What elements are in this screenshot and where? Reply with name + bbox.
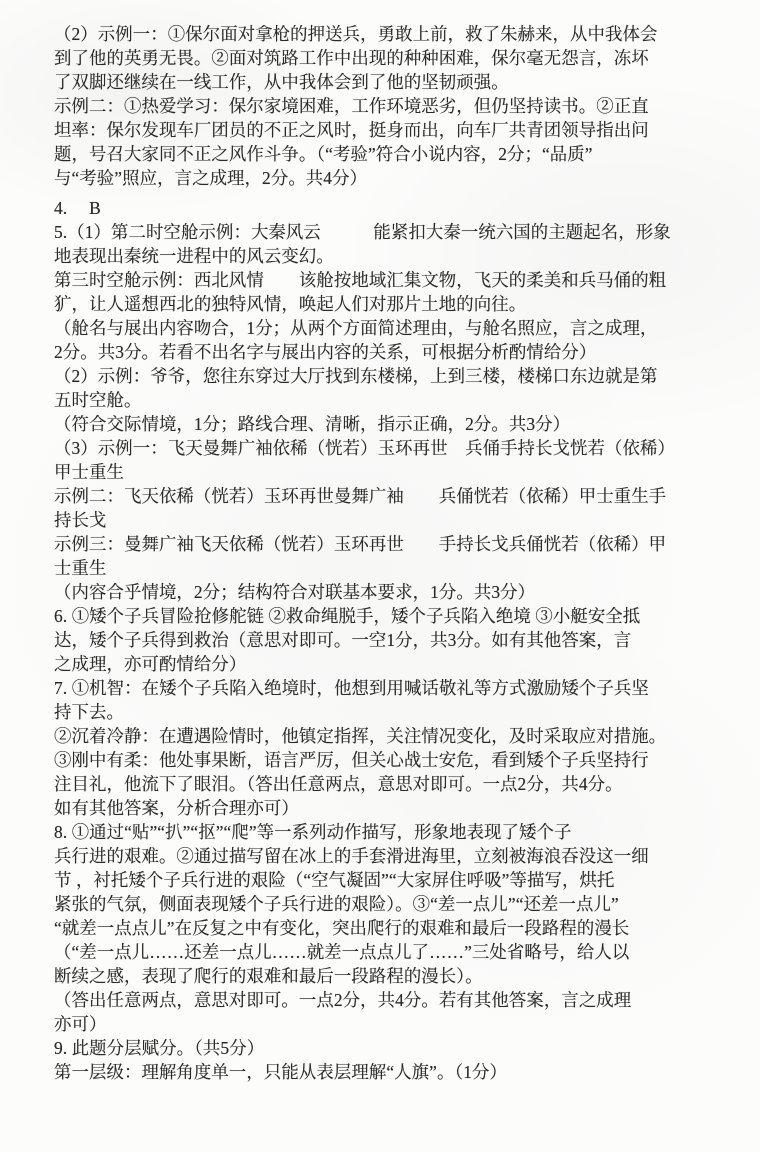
text-line: 示例二：①热爱学习：保尔家境困难，工作环境恶劣，但仍坚持读书。②正直 [54,94,726,118]
text-line: 五时空舱。 [54,388,726,412]
text-line: 了双脚还继续在一线工作，从中我体会到了他的坚韧顽强。 [54,70,726,94]
text-line: 持下去。 [54,700,726,724]
text-line: 犷，让人遥想西北的独特风情，唤起人们对那片土地的向往。 [54,292,726,316]
text-line: 注目礼，他流下了眼泪。（答出任意两点，意思对即可。一点2分，共4分。 [54,772,726,796]
text-line: 甲士重生 [54,460,726,484]
text-line: 5.（1）第二时空舱示例：大秦风云 能紧扣大秦一统六国的主题起名，形象 [54,220,726,244]
text-line: 6. ①矮个子兵冒险抢修舵链 ②救命绳脱手，矮个子兵陷入绝境 ③小艇安全抵 [54,604,726,628]
text-line: 7. ①机智：在矮个子兵陷入绝境时，他想到用喊话敬礼等方式激励矮个子兵坚 [54,676,726,700]
document-page: （2）示例一：①保尔面对拿枪的押送兵，勇敢上前，救了朱赫来，从中我体会到了他的英… [0,0,760,1152]
text-line: 兵行进的艰难。②通过描写留在冰上的手套滑进海里，立刻被海浪吞没这一细 [54,844,726,868]
text-line: 8. ①通过“贴”“扒”“抠”“爬”等一系列动作描写，形象地表现了矮个子 [54,820,726,844]
text-line: 如有其他答案，分析合理亦可） [54,796,726,820]
text-line: （符合交际情境，1分；路线合理、清晰，指示正确，2分。共3分） [54,412,726,436]
text-line: 坦率：保尔发现车厂团员的不正之风时，挺身而出，向车厂共青团领导指出问 [54,118,726,142]
text-line: 4. B [54,196,726,220]
text-line: （舱名与展出内容吻合，1分；从两个方面简述理由，与舱名照应，言之成理， [54,316,726,340]
text-line: 达，矮个子兵得到救治（意思对即可。一空1分，共3分。如有其他答案，言 [54,628,726,652]
text-line: 之成理，亦可酌情给分） [54,652,726,676]
text-line: （3）示例一：飞天曼舞广袖依稀（恍若）玉环再世 兵俑手持长戈恍若（依稀） [54,436,726,460]
text-line: （答出任意两点，意思对即可。一点2分，共4分。若有其他答案，言之成理 [54,988,726,1012]
text-line: 示例二：飞天依稀（恍若）玉环再世曼舞广袖 兵俑恍若（依稀）甲士重生手 [54,484,726,508]
text-line: （2）示例：爷爷，您往东穿过大厅找到东楼梯，上到三楼，楼梯口东边就是第 [54,364,726,388]
text-line: （内容合乎情境，2分；结构符合对联基本要求，1分。共3分） [54,580,726,604]
text-line: ③刚中有柔：他处事果断，语言严厉，但关心战士安危，看到矮个子兵坚持行 [54,748,726,772]
text-line: 第三时空舱示例：西北风情 该舱按地域汇集文物，飞天的柔美和兵马俑的粗 [54,268,726,292]
text-line: 持长戈 [54,508,726,532]
text-line: 9. 此题分层赋分。（共5分） [54,1036,726,1060]
text-line: 紧张的气氛，侧面表现矮个子兵行进的艰险）。③“差一点儿”“还差一点儿” [54,892,726,916]
text-line: 士重生 [54,556,726,580]
text-line: 地表现出秦统一进程中的风云变幻。 [54,244,726,268]
text-line: 节 ，衬托矮个子兵行进的艰险（“空气凝固”“大家屏住呼吸”等描写，烘托 [54,868,726,892]
answer-key-text: （2）示例一：①保尔面对拿枪的押送兵，勇敢上前，救了朱赫来，从中我体会到了他的英… [54,22,726,1084]
text-line: 断续之感，表现了爬行的艰难和最后一段路程的漫长）。 [54,964,726,988]
text-line: “就差一点点儿”在反复之中有变化，突出爬行的艰难和最后一段路程的漫长 [54,916,726,940]
text-line: （“差一点儿……还差一点儿……就差一点点儿了……”三处省略号，给人以 [54,940,726,964]
text-line: 示例三：曼舞广袖飞天依稀（恍若）玉环再世 手持长戈兵俑恍若（依稀）甲 [54,532,726,556]
text-line: 亦可） [54,1012,726,1036]
text-line: ②沉着冷静：在遭遇险情时，他镇定指挥，关注情况变化，及时采取应对措施。 [54,724,726,748]
text-line: 题，号召大家同不正之风作斗争。（“考验”符合小说内容，2分；“品质” [54,142,726,166]
text-line: 第一层级：理解角度单一，只能从表层理解“人旗”。（1分） [54,1060,726,1084]
text-line: 与“考验”照应，言之成理，2分。共4分） [54,166,726,190]
text-line: 2分。共3分。若看不出名字与展出内容的关系，可根据分析酌情给分） [54,340,726,364]
text-line: 到了他的英勇无畏。②面对筑路工作中出现的种种困难，保尔毫无怨言，冻坏 [54,46,726,70]
text-line: （2）示例一：①保尔面对拿枪的押送兵，勇敢上前，救了朱赫来，从中我体会 [54,22,726,46]
